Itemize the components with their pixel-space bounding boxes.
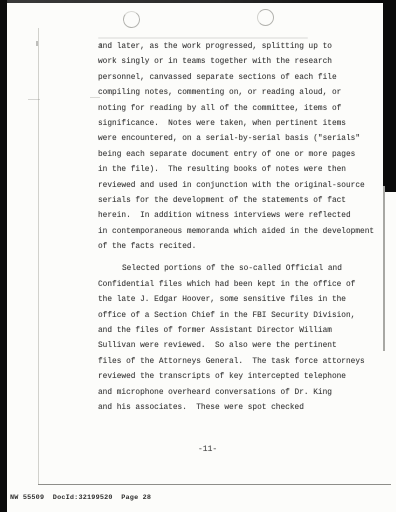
text-line: noting for reading by all of the committ… xyxy=(98,102,376,117)
text-line: reviewed and used in conjunction with th… xyxy=(98,179,376,194)
text-line: being each separate document entry of on… xyxy=(98,148,376,163)
scan-left-edge-bar xyxy=(0,0,7,512)
text-line: personnel, canvassed separate sections o… xyxy=(98,71,376,86)
text-line: Confidential files which had been kept i… xyxy=(98,278,376,293)
text-line: herein. In addition witness interviews w… xyxy=(98,209,376,224)
text-line: reviewed the transcripts of key intercep… xyxy=(98,370,376,385)
scan-smudge xyxy=(98,37,308,39)
text-line: in the file). The resulting books of not… xyxy=(98,163,376,178)
text-line: and later, as the work progressed, split… xyxy=(98,40,376,55)
scan-right-edge-bar xyxy=(383,0,396,192)
page-left-border-line xyxy=(38,28,39,485)
text-line: office of a Section Chief in the FBI Sec… xyxy=(98,309,376,324)
text-line: and his associates. These were spot chec… xyxy=(98,401,376,416)
archive-stamp: NW 55509 DocId:32199520 Page 28 xyxy=(10,494,151,502)
scan-artifact xyxy=(28,99,40,100)
text-line: Sullivan were reviewed. So also were the… xyxy=(98,339,376,354)
text-line: and microphone overheard conversations o… xyxy=(98,386,376,401)
text-line: Selected portions of the so-called Offic… xyxy=(98,262,376,277)
text-line: files of the Attorneys General. The task… xyxy=(98,355,376,370)
page-number: -11- xyxy=(198,445,217,454)
paragraph: and later, as the work progressed, split… xyxy=(98,40,376,255)
scan-artifact xyxy=(36,41,38,46)
text-line: significance. Notes were taken, when per… xyxy=(98,117,376,132)
text-line: in contemporaneous memoranda which aided… xyxy=(98,225,376,240)
text-line: of the facts recited. xyxy=(98,240,376,255)
binder-hole-icon xyxy=(257,9,274,26)
binder-hole-icon xyxy=(122,10,141,29)
paragraph: Selected portions of the so-called Offic… xyxy=(98,262,376,416)
scan-top-edge xyxy=(0,0,396,3)
text-line: were encountered, on a serial-by-serial … xyxy=(98,132,376,147)
text-line: and the files of former Assistant Direct… xyxy=(98,324,376,339)
scan-right-edge-line xyxy=(383,186,385,351)
page-bottom-border-line xyxy=(38,484,391,485)
text-line: serials for the development of the state… xyxy=(98,194,376,209)
document-text-block: and later, as the work progressed, split… xyxy=(98,40,376,416)
text-line: compiling notes, commenting on, or readi… xyxy=(98,86,376,101)
text-line: the late J. Edgar Hoover, some sensitive… xyxy=(98,293,376,308)
text-line: work singly or in teams together with th… xyxy=(98,55,376,70)
